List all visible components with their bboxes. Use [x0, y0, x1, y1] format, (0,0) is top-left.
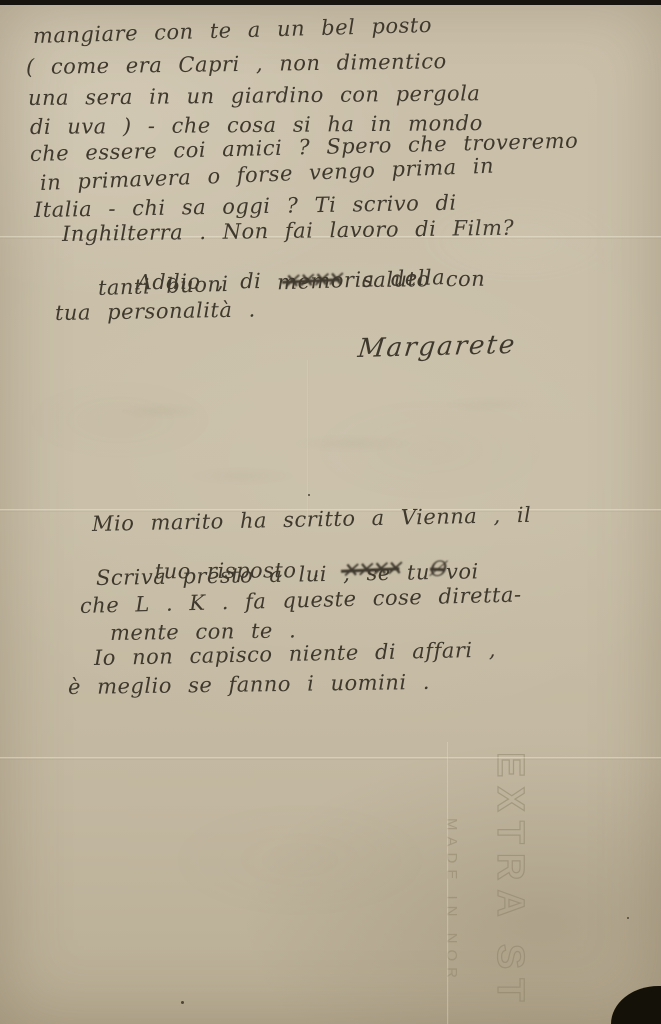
letter-page: EXTRA ST MADE IN NOR mangiare con te a u… [0, 0, 661, 1024]
ink-bleed-through [50, 372, 600, 502]
ink-speck [308, 494, 310, 496]
ink-speck [181, 1001, 184, 1004]
paper-watermark-origin: MADE IN NOR [443, 818, 460, 1024]
paper-watermark-brand: EXTRA ST [488, 752, 531, 1024]
letter-line: Inghilterra . Non fai lavoro di Film? [62, 218, 514, 245]
postscript-line: è meglio se fanno i uomini . [68, 672, 430, 698]
fold-crease-lower [0, 757, 661, 760]
letter-line: ( come era Capri , non dimentico [26, 51, 447, 78]
ink-speck [627, 917, 629, 919]
postscript-line: Io non capisco niente di affari , [94, 640, 496, 669]
fold-crease-vertical [447, 742, 449, 1024]
fold-crease-vertical-faint [307, 360, 309, 520]
letter-line: una sera in un giardino con pergola [28, 83, 481, 109]
letter-line: tua personalità . [55, 299, 256, 324]
scan-edge-top [0, 0, 661, 5]
signature: Margarete [357, 332, 518, 362]
letter-line: mangiare con te a un bel posto [33, 15, 432, 47]
postscript-line: mente con te . [110, 620, 297, 644]
torn-corner [611, 986, 661, 1024]
